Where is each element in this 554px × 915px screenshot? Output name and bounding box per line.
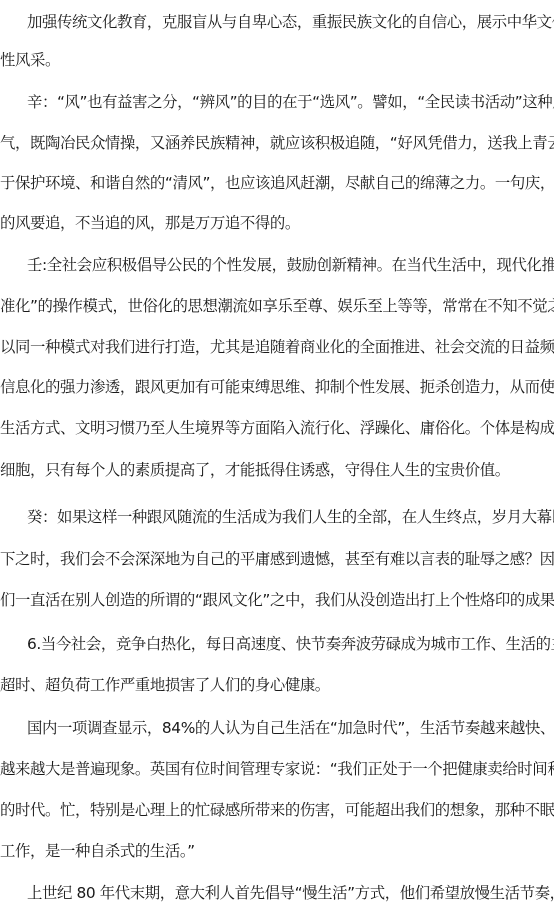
text-line: 6.当今社会，竞争白热化，每日高速度、快节奏奔波劳碌成为城市工作、生活的主旋律。: [27, 634, 554, 654]
text-line: 国内一项调查显示，84%的人认为自己生活在“加急时代”，生活节奏越来越快、压力: [27, 718, 554, 738]
text-line: 信息化的强力渗透，跟风更加有可能束缚思维、抑制个性发展、扼杀创造力，从而使我们在: [0, 377, 554, 397]
text-line: 们一直活在别人创造的所谓的“跟风文化”之中，我们从没创造出打上个性烙印的成果。: [0, 590, 554, 610]
text-line: 准化”的操作模式，世俗化的思想潮流如享乐至尊、娱乐至上等等，常常在不知不觉之中，: [0, 296, 554, 316]
text-line: 于保护环境、和谐自然的“清风”，也应该追风赶潮，尽献自己的绵薄之力。一句庆，当追: [0, 173, 554, 193]
text-line: 上世纪 80 年代末期，意大利人首先倡导“慢生活”方式，他们希望放慢生活节奏，主: [27, 883, 554, 903]
text-line: 加强传统文化教育，克服盲从与自卑心态，重振民族文化的自信心，展示中华文化的个: [27, 12, 554, 32]
text-line: 以同一种模式对我们进行打造，尤其是追随着商业化的全面推进、社会交流的日益频繁以及: [0, 337, 554, 357]
text-line: 工作，是一种自杀式的生活。”: [0, 841, 195, 861]
text-line: 性风采。: [0, 50, 60, 70]
text-line: 的风要追，不当追的风，那是万万追不得的。: [0, 213, 300, 233]
text-line: 壬:全社会应积极倡导公民的个性发展，鼓励创新精神。在当代生活中，现代化推崇“标: [27, 255, 554, 275]
text-line: 辛：“风”也有益害之分，“辨风”的目的在于“选风”。譬如，“全民读书活动”这种风: [27, 92, 554, 112]
text-line: 生活方式、文明习惯乃至人生境界等方面陷入流行化、浮躁化、庸俗化。个体是构成社会的: [0, 418, 554, 438]
text-line: 癸：如果这样一种跟风随流的生活成为我们人生的全部，在人生终点，岁月大幕即将落: [27, 507, 554, 527]
text-line: 超时、超负荷工作严重地损害了人们的身心健康。: [0, 675, 330, 695]
text-line: 气，既陶冶民众情操，又涵养民族精神，就应该积极追随，“好风凭借力，送我上青云。”…: [0, 133, 554, 153]
text-line: 细胞，只有每个人的素质提高了，才能抵得住诱惑，守得住人生的宝贵价值。: [0, 460, 510, 480]
text-line: 的时代。忙，特别是心理上的忙碌感所带来的伤害，可能超出我们的想象，那种不眠不休的: [0, 800, 554, 820]
text-line: 下之时，我们会不会深深地为自己的平庸感到遗憾，甚至有难以言表的耻辱之感？因为，我: [0, 549, 554, 569]
document-page: 加强传统文化教育，克服盲从与自卑心态，重振民族文化的自信心，展示中华文化的个 性…: [0, 0, 554, 915]
text-line: 越来越大是普遍现象。英国有位时间管理专家说：“我们正处于一个把健康卖给时间和压力: [0, 759, 554, 779]
